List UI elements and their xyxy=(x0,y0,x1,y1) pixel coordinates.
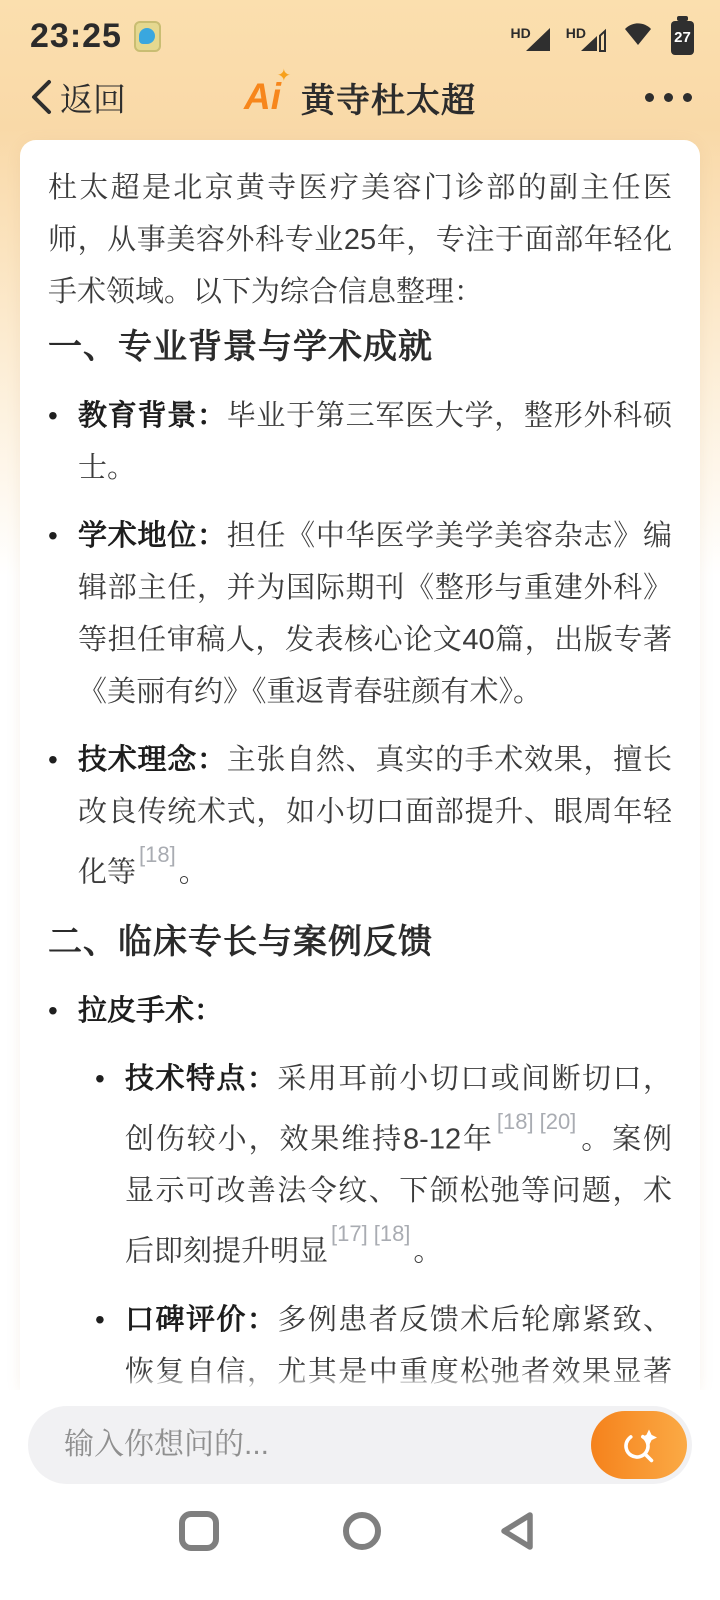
list-item: •学术地位：担任《中华医学美学美容杂志》编辑部主任，并为国际期刊《整形与重建外科… xyxy=(48,510,672,718)
list-item: •拉皮手术： xyxy=(48,985,672,1037)
search-sparkle-icon xyxy=(615,1421,663,1469)
bullet-icon: • xyxy=(95,1294,125,1390)
sparkle-icon: ✦ xyxy=(277,66,291,86)
section-heading: 一、专业背景与学术成就 xyxy=(48,320,672,374)
page-title: 黄寺杜太超 xyxy=(301,73,476,122)
battery-percent: 27 xyxy=(674,29,691,46)
list-item-text: 技术理念：主张自然、真实的手术效果，擅长改良传统术式，如小切口面部提升、眼周年轻… xyxy=(78,734,672,899)
ellipsis-icon xyxy=(683,93,692,102)
citation-link[interactable]: [18] xyxy=(494,1109,537,1134)
text-run: 一、专业背景与学术成就 xyxy=(48,328,433,366)
question-input[interactable] xyxy=(28,1428,591,1462)
back-triangle-icon xyxy=(494,1510,540,1552)
chevron-left-icon xyxy=(28,78,54,116)
text-run: 二、临床专长与案例反馈 xyxy=(48,923,433,961)
list-item-text: 拉皮手术： xyxy=(78,985,672,1037)
bullet-icon: • xyxy=(48,734,78,899)
text-run: 杜太超是北京黄寺医疗美容门诊部的副主任医师，从事美容外科专业25年，专注于面部年… xyxy=(48,172,672,308)
list-item: •口碑评价：多例患者反馈术后轮廓紧致、恢复自信，尤其是中重度松弛者效果显著[17… xyxy=(95,1294,672,1390)
list-item-text: 教育背景：毕业于第三军医大学，整形外科硕士。 xyxy=(78,390,672,494)
recents-button[interactable] xyxy=(176,1508,222,1554)
list-item: •教育背景：毕业于第三军医大学，整形外科硕士。 xyxy=(48,390,672,494)
more-menu-button[interactable] xyxy=(645,93,692,102)
send-search-button[interactable] xyxy=(591,1411,687,1479)
item-label: 技术理念： xyxy=(78,744,227,776)
list-item: •技术理念：主张自然、真实的手术效果，擅长改良传统术式，如小切口面部提升、眼周年… xyxy=(48,734,672,899)
back-button[interactable]: 返回 xyxy=(28,74,126,121)
bottom-bar xyxy=(0,1390,720,1600)
app-header: Ai✦ 黄寺杜太超 返回 xyxy=(0,64,720,130)
sim1-signal-icon: HD xyxy=(511,23,554,55)
section-heading: 二、临床专长与案例反馈 xyxy=(48,915,672,969)
list-item: •技术特点：采用耳前小切口或间断切口，创伤较小，效果维持8-12年[18][20… xyxy=(95,1053,672,1278)
recents-square-icon xyxy=(178,1510,220,1552)
content-blocks: 杜太超是北京黄寺医疗美容门诊部的副主任医师，从事美容外科专业25年，专注于面部年… xyxy=(48,162,672,1390)
citation-link[interactable]: [17] xyxy=(328,1221,371,1246)
sim2-signal-icon: HD xyxy=(566,23,609,55)
home-circle-icon xyxy=(341,1510,383,1552)
item-label: 教育背景： xyxy=(78,400,227,432)
home-button[interactable] xyxy=(339,1508,385,1554)
wifi-icon xyxy=(621,18,655,55)
item-label: 技术特点： xyxy=(125,1063,277,1095)
bullet-icon: • xyxy=(48,985,78,1037)
item-label: 拉皮手术： xyxy=(78,995,223,1027)
text-run: 。 xyxy=(413,1236,442,1268)
back-nav-button[interactable] xyxy=(494,1508,540,1554)
list-item-text: 学术地位：担任《中华医学美学美容杂志》编辑部主任，并为国际期刊《整形与重建外科》… xyxy=(78,510,672,718)
status-bar: 23:25 HD HD 27 xyxy=(0,0,720,64)
bullet-icon: • xyxy=(48,510,78,718)
citation-link[interactable]: [18] xyxy=(371,1221,414,1246)
bullet-icon: • xyxy=(95,1053,125,1278)
ellipsis-icon xyxy=(664,93,673,102)
citation-link[interactable]: [18] xyxy=(136,842,179,867)
item-label: 口碑评价： xyxy=(125,1304,277,1336)
paragraph: 杜太超是北京黄寺医疗美容门诊部的副主任医师，从事美容外科专业25年，专注于面部年… xyxy=(48,162,672,318)
text-run: 。 xyxy=(179,857,208,889)
back-label: 返回 xyxy=(60,74,126,121)
bullet-icon: • xyxy=(48,390,78,494)
question-input-bar xyxy=(28,1406,692,1484)
list-item-text: 技术特点：采用耳前小切口或间断切口，创伤较小，效果维持8-12年[18][20]… xyxy=(125,1053,672,1278)
ai-logo: Ai✦ xyxy=(244,76,289,118)
notification-app-icon xyxy=(134,21,161,52)
clock: 23:25 xyxy=(30,17,122,56)
list-item-text: 口碑评价：多例患者反馈术后轮廓紧致、恢复自信，尤其是中重度松弛者效果显著[17]… xyxy=(125,1294,672,1390)
item-label: 学术地位： xyxy=(78,520,227,552)
battery-icon: 27 xyxy=(671,21,694,55)
citation-link[interactable]: [20] xyxy=(537,1109,580,1134)
answer-card[interactable]: 杜太超是北京黄寺医疗美容门诊部的副主任医师，从事美容外科专业25年，专注于面部年… xyxy=(20,140,700,1390)
ellipsis-icon xyxy=(645,93,654,102)
android-nav-bar xyxy=(0,1490,720,1600)
